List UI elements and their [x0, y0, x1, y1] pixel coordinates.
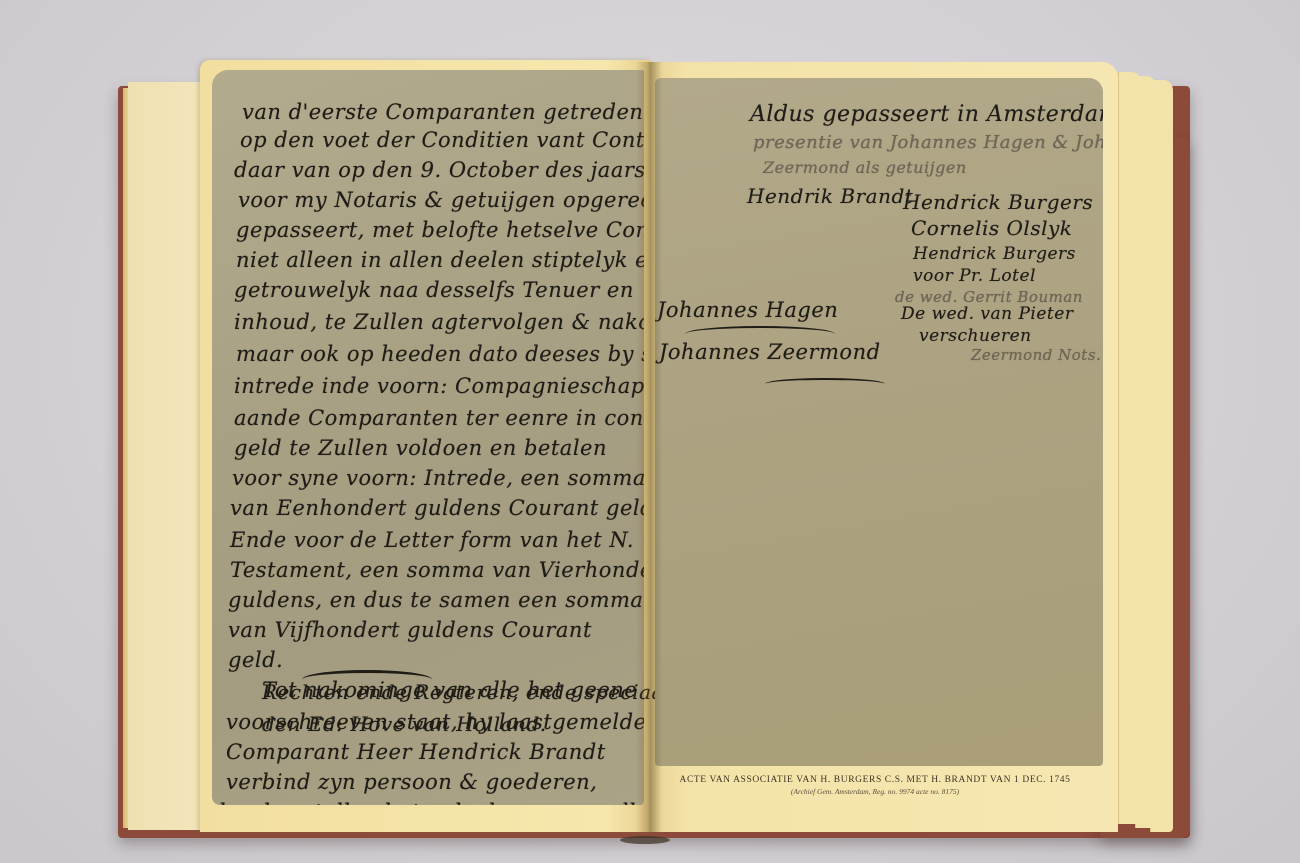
- signature-hendrik-brandt: Hendrik Brandt: [747, 184, 913, 208]
- manuscript-line: verbind zyn persoon & goederen,: [226, 770, 597, 794]
- caption-source: (Archief Gem. Amsterdam, Reg. no. 9974 a…: [650, 787, 1100, 796]
- right-manuscript-plate: Aldus gepasseert in Amsterdam ter presen…: [655, 78, 1103, 766]
- notary-mark: Zeermond Nots.: [971, 346, 1101, 364]
- manuscript-line: van Eenhondert guldens Courant geld: [230, 496, 644, 520]
- signature-johannes-zeermond: Johannes Zeermond: [659, 340, 881, 364]
- pen-flourish: [765, 378, 885, 390]
- manuscript-line: voor my Notaris & getuijgen opgerecht: [238, 188, 644, 212]
- manuscript-line: intrede inde voorn: Compagnieschap: [234, 374, 644, 398]
- signature: Hendrick Burgers: [913, 244, 1076, 264]
- plate-caption: ACTE VAN ASSOCIATIE VAN H. BURGERS C.S. …: [650, 775, 1100, 796]
- manuscript-line: Zeermond als getuijgen: [763, 158, 967, 177]
- manuscript-line: op den voet der Conditien vant Contract: [240, 128, 644, 152]
- manuscript-line: geld te Zullen voldoen en betalen: [234, 436, 607, 460]
- manuscript-line: Testament, een somma van Vierhondert: [230, 558, 644, 582]
- manuscript-line: daar van op den 9. October des jaars 17.…: [234, 158, 644, 182]
- signature-johannes-hagen: Johannes Hagen: [657, 298, 838, 322]
- manuscript-line: van d'eerste Comparanten getreden en: [242, 100, 644, 124]
- manuscript-line: voor syne voorn: Intrede, een somma: [232, 466, 644, 490]
- manuscript-line: presentie van Johannes Hagen & Johannes: [753, 132, 1103, 153]
- signature: Cornelis Olslyk: [911, 216, 1072, 240]
- signature: verschueren: [919, 326, 1032, 346]
- book-gutter: [636, 62, 662, 832]
- manuscript-line: Aldus gepasseert in Amsterdam ter: [750, 102, 1103, 127]
- manuscript-line: deselve stellende ten bedwang van alle: [212, 800, 644, 805]
- signature: voor Pr. Lotel: [913, 266, 1036, 286]
- manuscript-line: den Ed: Hove van Holland.: [262, 712, 547, 736]
- manuscript-line: van Vijfhondert guldens Courant: [228, 618, 592, 642]
- spine-bottom-ribbon: [620, 836, 670, 844]
- manuscript-line: Comparant Heer Hendrick Brandt: [226, 740, 606, 764]
- signature: De wed. van Pieter: [901, 304, 1073, 324]
- signature: Hendrick Burgers: [903, 190, 1093, 214]
- right-page-edge-1: [1118, 72, 1141, 824]
- manuscript-line: guldens, en dus te samen een somma: [228, 588, 643, 612]
- manuscript-line: Rechten ende Regteren, ende speciaal: [262, 680, 671, 704]
- manuscript-line: getrouwelyk naa desselfs Tenuer en: [234, 278, 634, 302]
- manuscript-line: Ende voor de Letter form van het N.: [230, 528, 634, 552]
- manuscript-line: geld.: [228, 648, 283, 672]
- manuscript-line: inhoud, te Zullen agtervolgen & nakomen: [234, 310, 644, 334]
- manuscript-line: maar ook op heeden dato deeses by syn: [236, 342, 644, 366]
- manuscript-line: gepasseert, met belofte hetselve Contrac…: [236, 218, 644, 242]
- caption-title: ACTE VAN ASSOCIATIE VAN H. BURGERS C.S. …: [650, 775, 1100, 785]
- manuscript-line: niet alleen in allen deelen stiptelyk en: [236, 248, 644, 272]
- manuscript-line: aande Comparanten ter eenre in contant: [234, 406, 644, 430]
